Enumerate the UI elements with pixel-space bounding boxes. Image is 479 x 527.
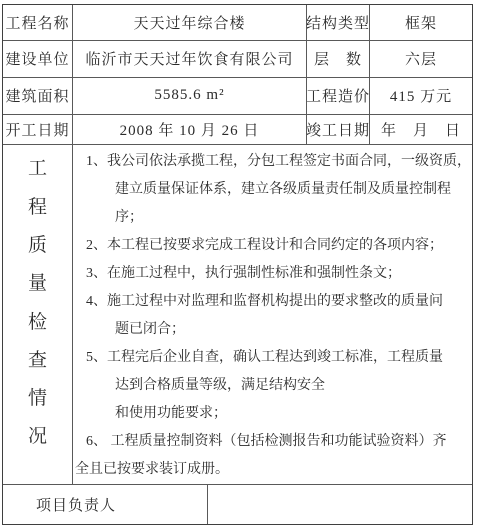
vertical-title-char: 程	[28, 198, 47, 217]
quality-line: 题已闭合；	[115, 316, 469, 344]
vertical-title-char: 查	[28, 351, 47, 370]
quality-check-content: 1、我公司依法承揽工程，分包工程签定书面合同，一级资质， 建立质量保证体系，建立…	[73, 145, 472, 484]
table-row: 建设单位 临沂市天天过年饮食有限公司 层 数 六层	[3, 41, 472, 79]
quality-line: 3、在施工过程中，执行强制性标准和强制性条文；	[86, 260, 469, 288]
quality-line: 5、工程完后企业自查，确认工程达到竣工标准，工程质量	[86, 344, 469, 372]
construction-unit-label: 建设单位	[3, 41, 73, 78]
quality-line: 4、施工过程中对监理和监督机构提出的要求整改的质量问	[86, 288, 469, 316]
quality-line: 和使用功能要求；	[115, 400, 469, 428]
table-row: 工程名称 天天过年综合楼 结构类型 框架	[3, 5, 472, 41]
project-manager-signature-cell	[208, 485, 472, 524]
quality-line: 达到合格质量等级，满足结构安全	[115, 372, 469, 400]
project-name-label: 工程名称	[3, 5, 73, 40]
completion-date-value: 年 月 日	[370, 115, 472, 145]
document-page: 工程名称 天天过年综合楼 结构类型 框架 建设单位 临沂市天天过年饮食有限公司 …	[0, 0, 479, 527]
quality-line: 6、 工程质量控制资料（包括检测报告和功能试验资料）齐	[86, 428, 469, 456]
construction-unit-value: 临沂市天天过年饮食有限公司	[73, 41, 307, 78]
footer-row: 项目负责人	[3, 485, 472, 524]
building-area-value: 5585.6 m²	[73, 78, 307, 114]
building-area-label: 建筑面积	[3, 78, 73, 114]
vertical-title-char: 况	[28, 427, 47, 446]
table-row: 开工日期 2008 年 10 月 26 日 竣工日期 年 月 日	[3, 115, 472, 146]
vertical-title-char: 质	[28, 236, 47, 255]
quality-line: 1、我公司依法承揽工程，分包工程签定书面合同，一级资质，	[86, 148, 469, 176]
quality-line: 序；	[115, 204, 469, 232]
vertical-title-char: 量	[28, 274, 47, 293]
project-cost-label: 工程造价	[307, 78, 370, 114]
vertical-title-char: 情	[28, 389, 47, 408]
quality-check-vertical-title: 工 程 质 量 检 查 情 况	[3, 145, 73, 484]
start-date-label: 开工日期	[3, 115, 73, 145]
structure-type-value: 框架	[370, 5, 472, 40]
floor-count-value: 六层	[370, 41, 472, 78]
table-row: 建筑面积 5585.6 m² 工程造价 415 万元	[3, 78, 472, 115]
project-manager-label: 项目负责人	[3, 485, 208, 524]
quality-line: 2、本工程已按要求完成工程设计和合同约定的各项内容；	[86, 232, 469, 260]
quality-line: 全且已按要求装订成册。	[75, 456, 469, 484]
quality-line: 建立质量保证体系，建立各级质量责任制及质量控制程	[115, 176, 469, 204]
vertical-title-char: 检	[28, 313, 47, 332]
project-quality-form-table: 工程名称 天天过年综合楼 结构类型 框架 建设单位 临沂市天天过年饮食有限公司 …	[2, 4, 473, 525]
project-name-value: 天天过年综合楼	[73, 5, 307, 40]
quality-check-row: 工 程 质 量 检 查 情 况 1、我公司依法承揽工程，分包工程签定书面合同，一…	[3, 145, 472, 485]
vertical-title-char: 工	[28, 159, 47, 178]
structure-type-label: 结构类型	[307, 5, 370, 40]
project-cost-value: 415 万元	[370, 78, 472, 114]
floor-count-label: 层 数	[307, 41, 370, 78]
start-date-value: 2008 年 10 月 26 日	[73, 115, 307, 145]
completion-date-label: 竣工日期	[307, 115, 370, 145]
